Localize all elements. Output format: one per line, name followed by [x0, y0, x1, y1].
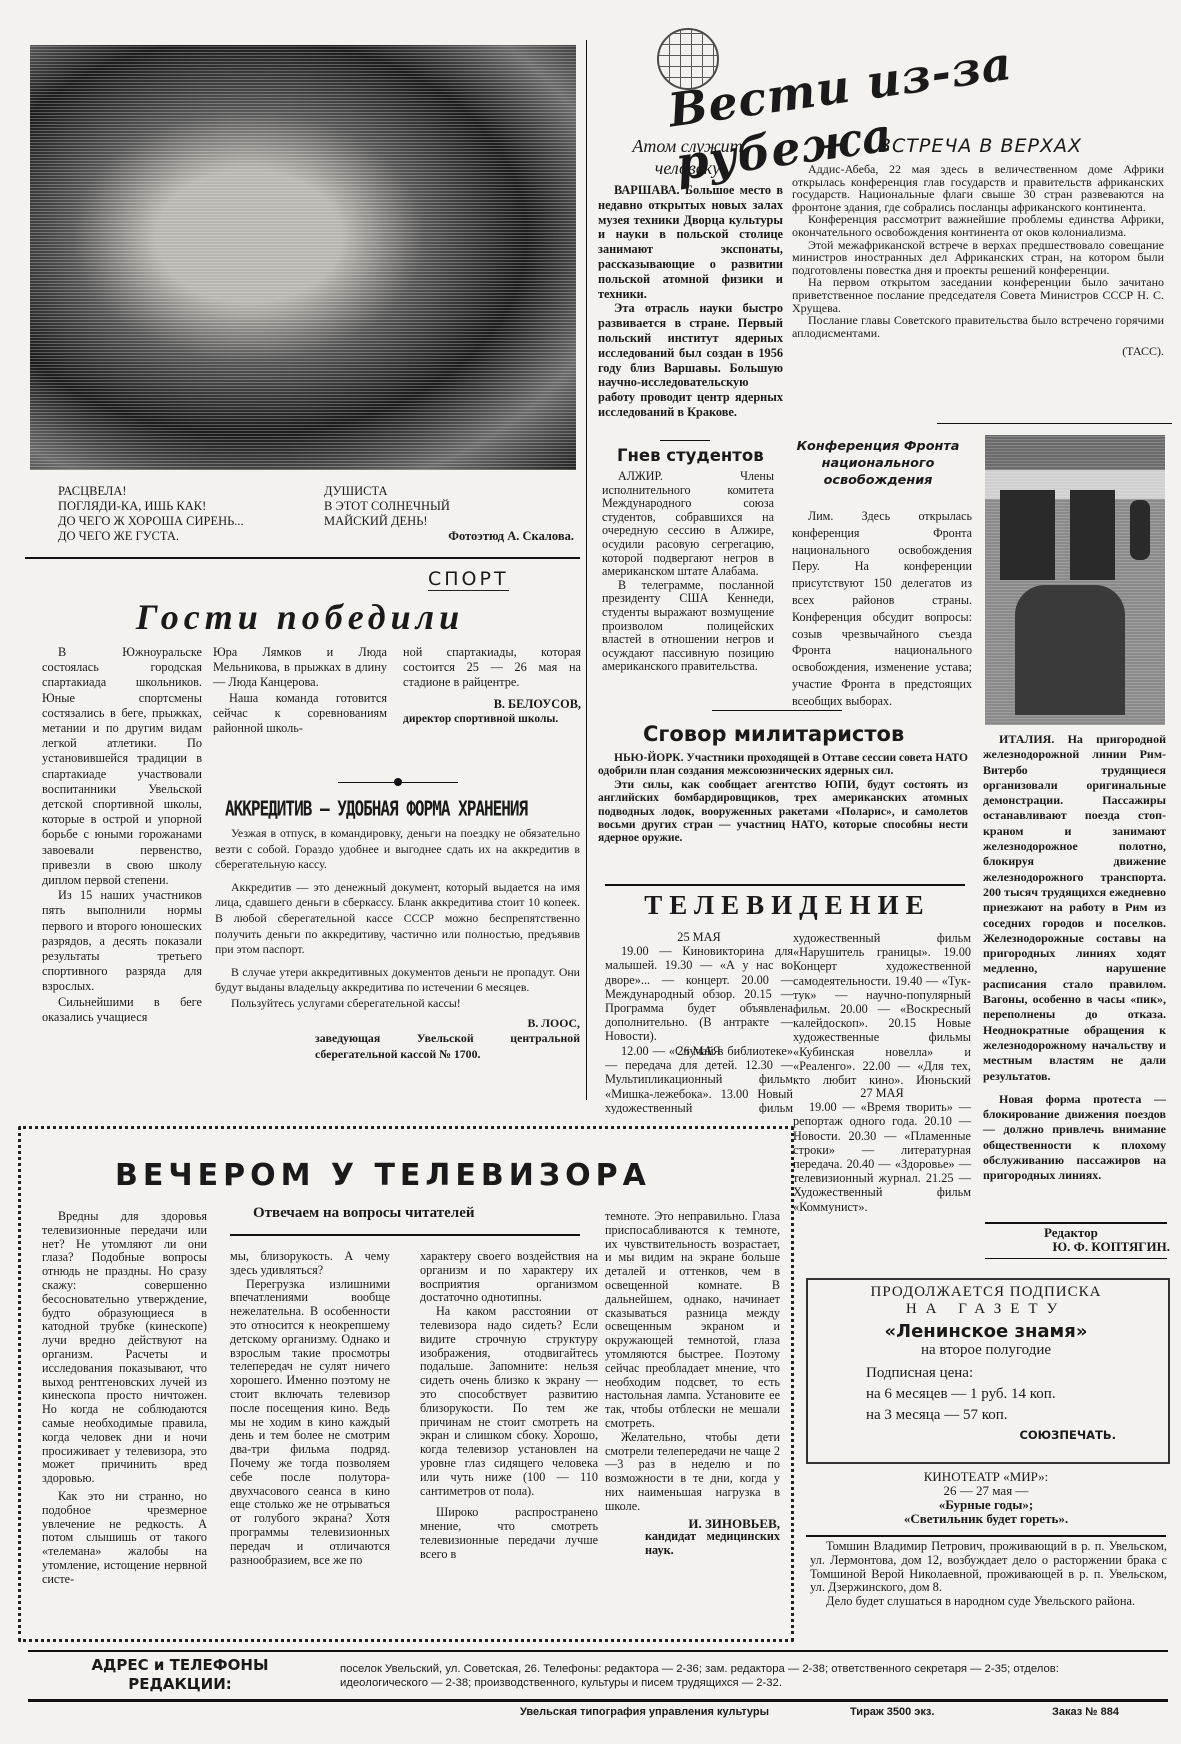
paragraph: В случае утери аккредитивных документов … — [215, 965, 580, 996]
divider — [660, 440, 710, 441]
students-title: Гнев студентов — [617, 446, 764, 465]
divider — [230, 1234, 580, 1236]
caption-left: РАСЦВЕЛА! ПОГЛЯДИ-КА, ИШЬ КАК! ДО ЧЕГО Ж… — [58, 484, 328, 544]
paragraph: Конференция рассмотрит важнейшие проблем… — [792, 213, 1164, 238]
paragraph: Лим. Здесь открылась конференция Фронта … — [792, 508, 972, 710]
paragraph: Этой межафриканской встрече в верхах пре… — [792, 239, 1164, 277]
tv-schedule-cont: 12.00 — «Случай в библиотеке» — передача… — [793, 930, 971, 1086]
author-name: В. ЛООС, — [215, 1016, 580, 1032]
paragraph: Новая форма протеста — блокирование движ… — [983, 1092, 1166, 1184]
price-label: Подписная цена: — [866, 1363, 1166, 1384]
footer-order: Заказ № 884 — [1052, 1706, 1119, 1718]
paragraph: Эта отрасль науки быстро развивается в с… — [598, 301, 783, 419]
sport-col-3: ной спартакиады, которая состоится 25 — … — [403, 645, 581, 727]
paragraph: Уезжая в отпуск, в командировку, деньги … — [215, 826, 580, 873]
divider — [806, 1535, 1166, 1537]
paragraph: В Южноуральске состоялась городская спар… — [42, 645, 202, 888]
paragraph: Желательно, чтобы дети смотрели телепере… — [605, 1431, 780, 1514]
students-body: АЛЖИР. Члены исполнительного комитета Ме… — [602, 470, 774, 674]
divider — [25, 557, 580, 559]
editor-name: Ю. Ф. КОПТЯГИН. — [1010, 1240, 1170, 1254]
paragraph: Широко распространено мнение, что смотре… — [420, 1506, 598, 1561]
paragraph: На каком расстоянии от телевизора надо с… — [420, 1305, 598, 1498]
title-line: Атом служит — [605, 135, 770, 157]
evening-col-1: Вредны для здоровья телевизионные переда… — [42, 1210, 207, 1587]
paragraph: В телеграмме, посланной президенту США К… — [602, 579, 774, 674]
paragraph: Сильнейшими в беге оказались учащиеся — [42, 995, 202, 1025]
paragraph: Вредны для здоровья телевизионные переда… — [42, 1210, 207, 1486]
paragraph: Аддис-Абеба, 22 мая здесь в величественн… — [792, 163, 1164, 213]
cinema-name: КИНОТЕАТР «МИР»: — [806, 1470, 1166, 1484]
subscription-period: на второе полугодие — [806, 1342, 1166, 1359]
author-title: кандидат медицинских наук. — [605, 1530, 780, 1558]
divider — [605, 884, 965, 886]
footer-label: АДРЕС и ТЕЛЕФОНЫ РЕДАКЦИИ: — [60, 1656, 300, 1694]
tv-schedule: 19.00 — Киновикторина для малышей. 19.30… — [605, 944, 793, 1043]
paragraph: Дело будет слушаться в народном суде Уве… — [810, 1595, 1167, 1609]
evening-col-4: темноте. Это неправильно. Глаза приспоса… — [605, 1210, 780, 1558]
footer-circulation: Тираж 3500 экз. — [850, 1706, 934, 1718]
price-6-months: на 6 месяцев — 1 руб. 14 коп. — [866, 1384, 1166, 1405]
sport-rubric: СПОРТ — [428, 568, 509, 591]
atom-title: Атом служит человеку — [605, 135, 770, 179]
italy-body: ИТАЛИЯ. На пригородной железнодорожной л… — [983, 732, 1166, 1184]
evening-col-2: мы, близорукость. А чему здесь удивлятьс… — [230, 1250, 390, 1567]
author-name: И. ЗИНОВЬЕВ, — [605, 1517, 780, 1531]
caption-right: ДУШИСТА В ЭТОТ СОЛНЕЧНЫЙ МАЙСКИЙ ДЕНЬ! Ф… — [324, 484, 574, 544]
caption-line: ПОГЛЯДИ-КА, ИШЬ КАК! — [58, 499, 328, 514]
footer-label-line: РЕДАКЦИИ: — [60, 1675, 300, 1694]
divider — [937, 423, 1172, 424]
caption-line: РАСЦВЕЛА! — [58, 484, 328, 499]
column-divider — [586, 40, 587, 1100]
ornament-dot — [394, 778, 402, 786]
editor-label: Редактор — [1010, 1226, 1170, 1240]
title-line: человеку — [605, 157, 770, 179]
film-title: «Бурные годы»; — [806, 1498, 1166, 1512]
paragraph: Из 15 наших участников пять выполнили но… — [42, 888, 202, 994]
paragraph: ИТАЛИЯ. На пригородной железнодорожной л… — [983, 732, 1166, 1084]
sport-col-1: В Южноуральске состоялась городская спар… — [42, 645, 202, 1025]
editor-block: Редактор Ю. Ф. КОПТЯГИН. — [1010, 1226, 1170, 1254]
evening-tv-subtitle: Отвечаем на вопросы читателей — [253, 1205, 475, 1222]
sport-title: Гости победили — [80, 596, 520, 638]
tv-col-3: 12.00 — «Случай в библиотеке» — передача… — [793, 930, 971, 1214]
tv-date: 27 МАЯ — [793, 1086, 971, 1100]
title-line: Конференция Фронта — [783, 438, 973, 455]
film-title: «Светильник будет гореть». — [806, 1512, 1166, 1526]
paragraph: На первом открытом заседании конференции… — [792, 276, 1164, 314]
summit-title: ВСТРЕЧА В ВЕРХАХ — [790, 135, 1170, 157]
nato-body: НЬЮ-ЙОРК. Участники проходящей в Оттаве … — [598, 752, 968, 846]
newspaper-name: «Ленинское знамя» — [806, 1321, 1166, 1342]
tv-date: 25 МАЯ — [605, 930, 793, 944]
tv-schedule: 12.00 — «Случай в библиотеке» — передача… — [605, 1044, 793, 1114]
author-title: заведующая Увельской центральной сберега… — [315, 1031, 580, 1062]
divider — [985, 1222, 1167, 1224]
akkreditiv-title: АККРЕДИТИВ — УДОБНАЯ ФОРМА ХРАНЕНИЯ — [225, 796, 585, 821]
evening-tv-title: ВЕЧЕРОМ У ТЕЛЕВИЗОРА — [115, 1158, 651, 1193]
footer-label-line: АДРЕС и ТЕЛЕФОНЫ — [60, 1656, 300, 1675]
paragraph: Перегрузка излишними впечатлениями вообщ… — [230, 1278, 390, 1568]
title-line: национального — [783, 455, 973, 472]
paragraph: Пользуйтесь услугами сберегательной касс… — [215, 996, 580, 1012]
lilac-photo — [30, 45, 576, 470]
paragraph: мы, близорукость. А чему здесь удивлятьс… — [230, 1250, 390, 1278]
paragraph: характеру своего воздействия на организм… — [420, 1250, 598, 1305]
akkreditiv-body: Уезжая в отпуск, в командировку, деньги … — [215, 826, 580, 1062]
paragraph: АЛЖИР. Члены исполнительного комитета Ме… — [602, 470, 774, 579]
subscription-line: НА ГАЗЕТУ — [806, 1301, 1166, 1318]
peru-title: Конференция Фронта национального освобож… — [783, 438, 973, 489]
price-3-months: на 3 месяца — 57 коп. — [866, 1405, 1166, 1426]
nato-title: Сговор милитаристов — [643, 722, 904, 746]
summit-body: Аддис-Абеба, 22 мая здесь в величественн… — [792, 163, 1164, 358]
divorce-notice: Томшин Владимир Петрович, проживающий в … — [810, 1540, 1167, 1609]
publisher: СОЮЗПЕЧАТЬ. — [806, 1428, 1166, 1442]
author-title: директор спортивной школы. — [403, 712, 581, 727]
subscription-content: ПРОДОЛЖАЕТСЯ ПОДПИСКА НА ГАЗЕТУ «Ленинск… — [806, 1284, 1166, 1442]
cinema-block: КИНОТЕАТР «МИР»: 26 — 27 мая — «Бурные г… — [806, 1470, 1166, 1526]
tv-title: ТЕЛЕВИДЕНИЕ — [610, 890, 965, 921]
divider — [712, 710, 842, 711]
atom-body: ВАРШАВА. Большое место в недавно открыты… — [598, 183, 783, 420]
caption-line: ДУШИСТА — [324, 484, 574, 499]
divider — [985, 1258, 1167, 1259]
paragraph: ной спартакиады, которая состоится 25 — … — [403, 645, 581, 691]
tv-col-2-wrap: 12.00 — «Случай в библиотеке» — передача… — [605, 1044, 793, 1114]
paragraph: Послание главы Советского правительства … — [792, 314, 1164, 339]
paragraph: Наша команда готовится сейчас к соревнов… — [213, 691, 387, 737]
paragraph: Как это ни странно, но подобное чрезмерн… — [42, 1490, 207, 1587]
paragraph: Эти силы, как сообщает агентство ЮПИ, бу… — [598, 779, 968, 846]
paragraph: Томшин Владимир Петрович, проживающий в … — [810, 1540, 1167, 1595]
tv-schedule: 19.00 — «Время творить» — репортаж одног… — [793, 1100, 971, 1214]
paragraph: Аккредитив — это денежный документ, кото… — [215, 880, 580, 958]
peru-body: Лим. Здесь открылась конференция Фронта … — [792, 508, 972, 710]
cinema-dates: 26 — 27 мая — — [806, 1484, 1166, 1498]
paragraph: темноте. Это неправильно. Глаза приспоса… — [605, 1210, 780, 1431]
italy-photo — [985, 435, 1165, 725]
subscription-line: ПРОДОЛЖАЕТСЯ ПОДПИСКА — [806, 1284, 1166, 1301]
footer-bottom-rule — [28, 1699, 1168, 1702]
paragraph: ВАРШАВА. Большое место в недавно открыты… — [598, 183, 783, 301]
paragraph: НЬЮ-ЙОРК. Участники проходящей в Оттаве … — [598, 752, 968, 779]
evening-col-3: характеру своего воздействия на организм… — [420, 1250, 598, 1562]
tv-col-1: 25 МАЯ 19.00 — Киновикторина для малышей… — [605, 930, 793, 1058]
caption-line: ДО ЧЕГО ЖЕ ГУСТА. — [58, 529, 328, 544]
footer-printer: Увельская типография управления культуры — [520, 1706, 769, 1718]
footer-address: поселок Увельский, ул. Советская, 26. Те… — [340, 1662, 1150, 1690]
sport-col-2: Юра Лямков и Люда Мельникова, в прыжках … — [213, 645, 387, 736]
caption-line: ДО ЧЕГО Ж ХОРОША СИРЕНЬ... — [58, 514, 328, 529]
photo-credit: Фотоэтюд А. Скалова. — [324, 529, 574, 544]
author-name: В. БЕЛОУСОВ, — [403, 697, 581, 712]
news-source: (ТАСС). — [792, 345, 1164, 358]
title-line: освобождения — [783, 472, 973, 489]
footer-top-rule — [28, 1650, 1168, 1652]
caption-line: МАЙСКИЙ ДЕНЬ! — [324, 514, 574, 529]
caption-line: В ЭТОТ СОЛНЕЧНЫЙ — [324, 499, 574, 514]
paragraph: Юра Лямков и Люда Мельникова, в прыжках … — [213, 645, 387, 691]
